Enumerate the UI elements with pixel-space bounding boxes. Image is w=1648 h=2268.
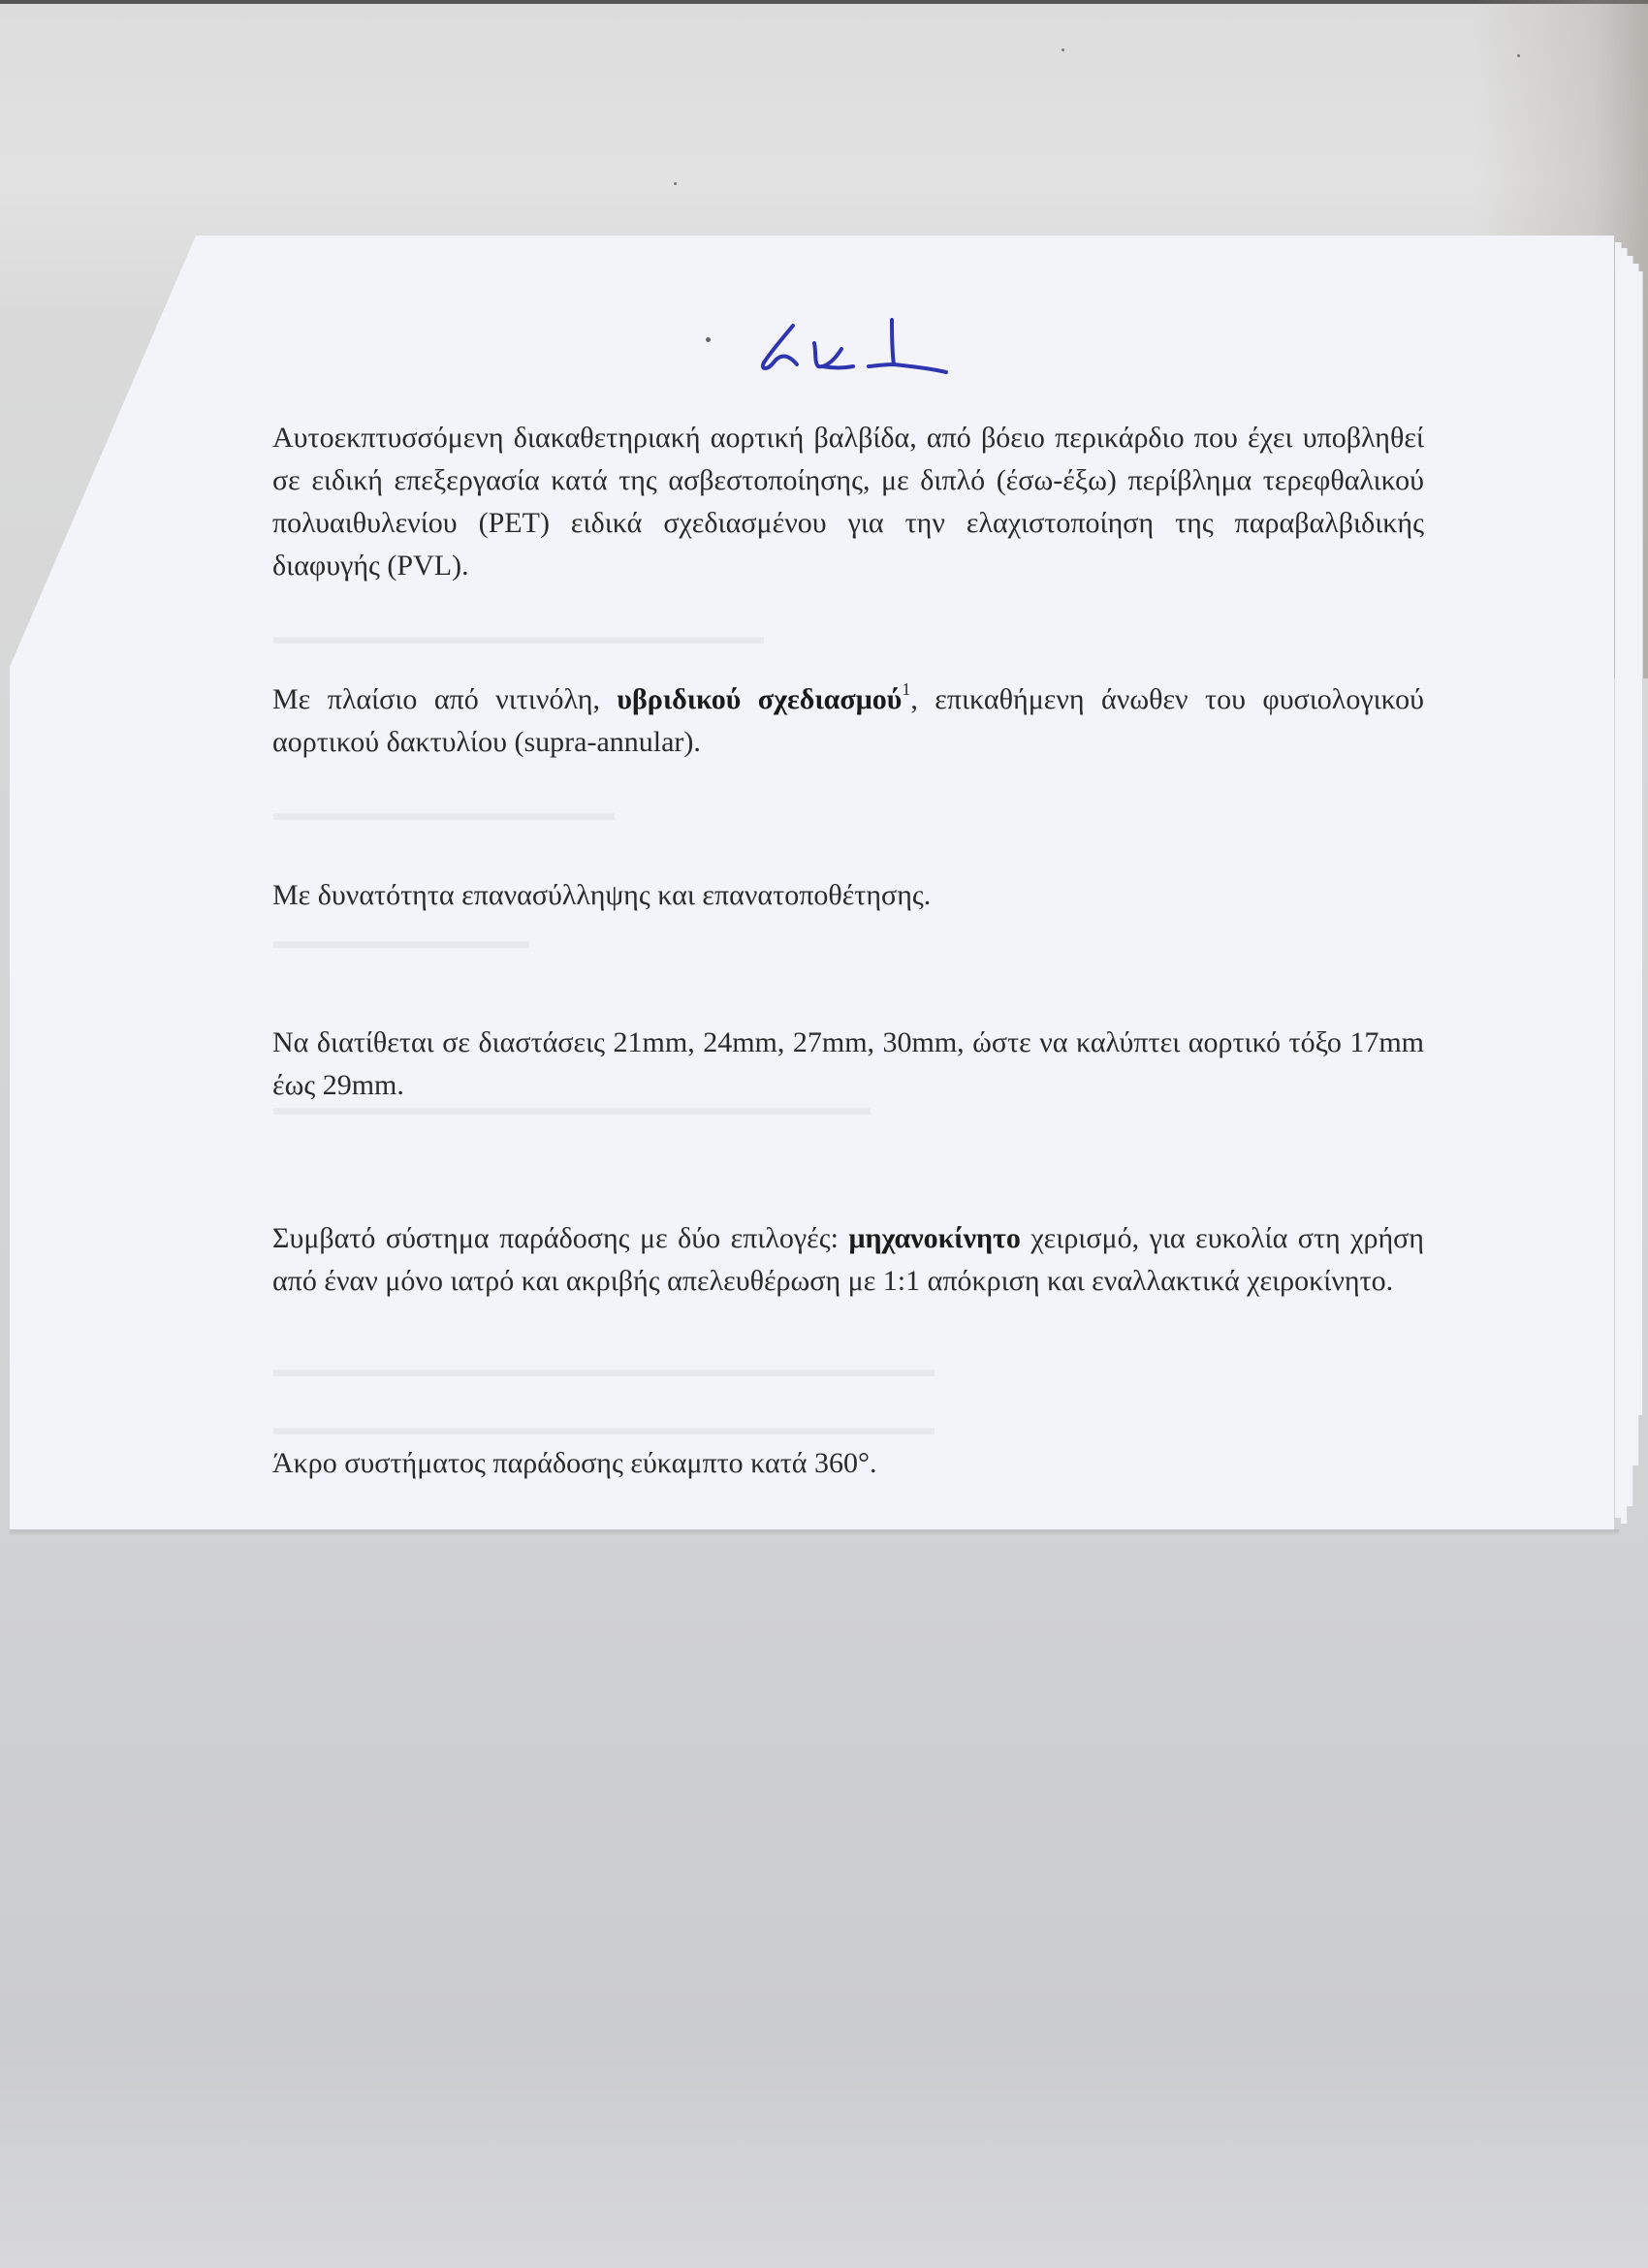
paragraph-valve-description: Αυτοεκπτυσσόμενη διακαθετηριακή αορτική … <box>272 417 1424 587</box>
show-through-text: ▬▬▬▬▬▬▬▬▬▬▬▬▬▬▬▬▬▬▬▬▬▬▬ <box>273 624 764 649</box>
paper-shadow <box>10 1529 1619 1535</box>
ink-dot <box>706 337 711 342</box>
sheet-stack-edge <box>1638 271 1643 1415</box>
background-speck <box>1062 48 1064 51</box>
paragraph-sizes: Να διατίθεται σε διαστάσεις 21mm, 24mm, … <box>272 1022 1424 1107</box>
show-through-text: ▬▬▬▬▬▬▬▬▬▬▬▬ <box>273 929 529 954</box>
paragraph-recapture: Με δυνατότητα επανασύλληψης και επανατοπ… <box>272 874 1424 917</box>
scanner-edge <box>0 0 1648 4</box>
footnote-ref: 1 <box>902 679 910 699</box>
show-through-text: ▬▬▬▬▬▬▬▬▬▬▬▬▬▬▬▬ <box>273 801 615 826</box>
paragraph-frame: Με πλαίσιο από νιτινόλη, υβριδικού σχεδι… <box>272 678 1424 764</box>
bold-term: υβριδικού σχεδιασμού <box>617 683 902 715</box>
show-through-text: ▬▬▬▬▬▬▬▬▬▬▬▬▬▬▬▬▬▬▬▬▬▬▬▬▬▬▬▬▬▬▬ <box>273 1357 935 1382</box>
handwritten-mark-icon <box>746 308 960 386</box>
background-speck <box>674 182 677 185</box>
bold-term: μηχανοκίνητο <box>848 1222 1020 1254</box>
paragraph-delivery-system: Συμβατό σύστημα παράδοσης με δύο επιλογέ… <box>272 1217 1424 1303</box>
background-speck <box>1517 54 1520 57</box>
show-through-text: ▬▬▬▬▬▬▬▬▬▬▬▬▬▬▬▬▬▬▬▬▬▬▬▬▬▬▬▬▬▬▬ <box>273 1415 935 1440</box>
paragraph-tip-flex: Άκρο συστήματος παράδοσης εύκαμπτο κατά … <box>272 1442 1424 1485</box>
